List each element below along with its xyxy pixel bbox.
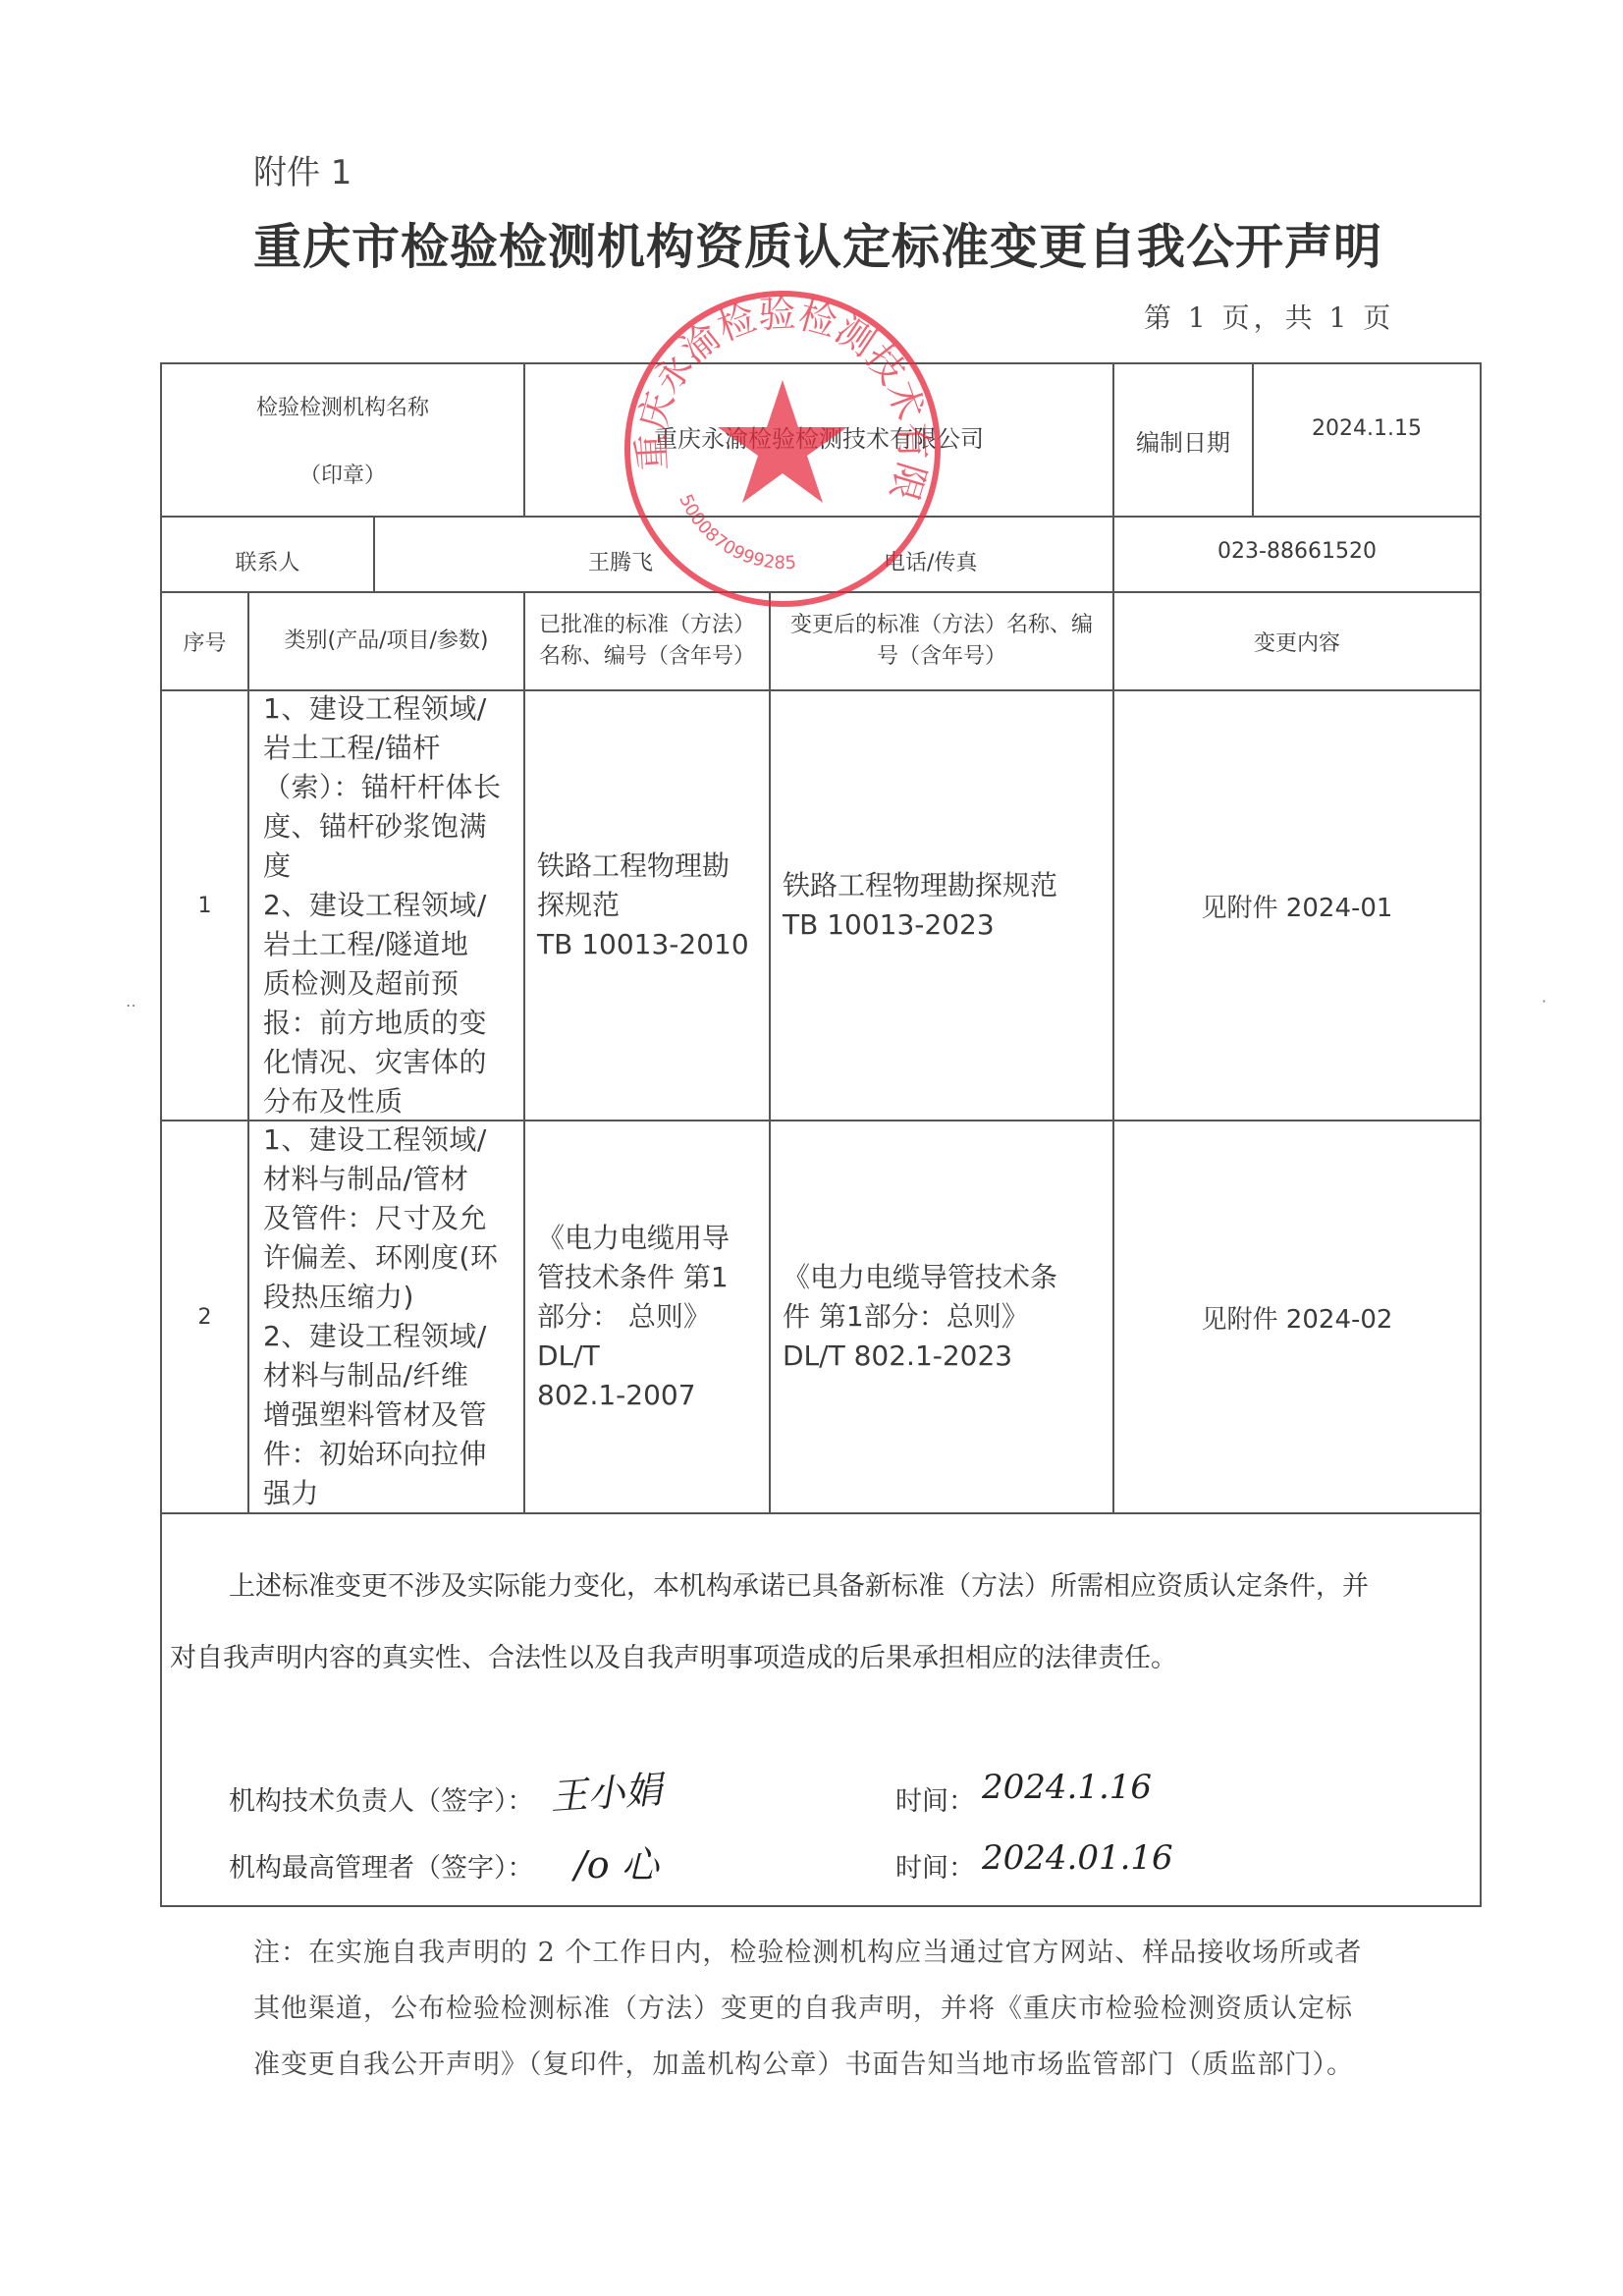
contact-value: 王腾飞 [588,546,653,576]
row-change-content: 见附件 2024-01 [1202,888,1393,924]
phone-value-cell: 023-88661520 [1114,518,1480,591]
top-manager-sign-label: 机构最高管理者（签字）： [229,1846,534,1885]
document-title: 重庆市检验检测机构资质认定标准变更自我公开声明 [253,209,1382,278]
date-value-cell: 2024.1.15 [1254,364,1480,516]
table-row-2-changed: 《电力电缆导管技术条 件 第1部分：总则》 DL/T 802.1-2023 [771,1121,1112,1512]
table-row-2-approved: 《电力电缆用导 管技术条件 第1 部分： 总则》 DL/T 802.1-2007 [525,1121,769,1512]
table-row-1-changed: 铁路工程物理勘探规范 TB 10013-2023 [771,691,1112,1120]
row-seq: 1 [198,894,212,918]
tech-lead-signature: 王小娟 [548,1759,664,1821]
contact-label: 联系人 [235,546,299,576]
tech-lead-time-label: 时间： [895,1779,975,1818]
declaration-text-2: 对自我声明内容的真实性、合法性以及自我声明事项造成的后果承担相应的法律责任。 [170,1643,1177,1673]
row-category: 1、建设工程领域/ 岩土工程/锚杆 （索）：锚杆杆体长 度、锚杆砂浆饱满 度 2… [263,689,502,1121]
date-value: 2024.1.15 [1312,416,1422,441]
top-manager-time-label: 时间： [895,1846,975,1885]
contact-label-cell: 联系人 [162,518,373,591]
phone-label-cell: 电话/传真 [884,518,1112,591]
scan-mark-left: ‥ [126,992,136,1011]
page-info: 第 1 页，共 1 页 [1144,297,1394,336]
phone-label: 电话/传真 [884,546,977,576]
table-row-1-category: 1、建设工程领域/ 岩土工程/锚杆 （索）：锚杆杆体长 度、锚杆砂浆饱满 度 2… [249,691,523,1120]
row-seq: 2 [198,1305,212,1330]
org-name-value-cell: 重庆永渝检验检测技术有限公司 [525,364,1112,516]
date-label: 编制日期 [1136,423,1230,458]
table-row-1-seq: 1 [162,691,247,1120]
table-row-2-content: 见附件 2024-02 [1114,1121,1480,1512]
attachment-label: 附件 1 [253,145,352,193]
header-content: 变更内容 [1114,593,1480,689]
table-row-1-content: 见附件 2024-01 [1114,691,1480,1120]
header-approved: 已批准的标准（方法）名称、编号（含年号） [525,593,769,689]
header-category: 类别(产品/项目/参数) [249,593,523,689]
footnote-line-1: 注：在实施自我声明的 2 个工作日内，检验检测机构应当通过官方网站、样品接收场所… [253,1925,1412,1981]
footnote-line-2: 其他渠道，公布检验检测标准（方法）变更的自我声明，并将《重庆市检验检测资质认定标 [253,1981,1412,2037]
header-changed: 变更后的标准（方法）名称、编号（含年号） [771,593,1112,689]
declaration-text-1: 上述标准变更不涉及实际能力变化，本机构承诺已具备新标准（方法）所需相应资质认定条… [229,1571,1369,1602]
row-approved-standard: 《电力电缆用导 管技术条件 第1 部分： 总则》 DL/T 802.1-2007 [537,1219,730,1415]
tech-lead-time-value: 2024.1.16 [982,1768,1152,1807]
header-changed-label: 变更后的标准（方法）名称、编号（含年号） [790,610,1093,673]
table-border-bottom [160,1905,1482,1907]
header-content-label: 变更内容 [1254,627,1340,657]
row-category: 1、建设工程领域/ 材料与制品/管材 及管件：尺寸及允 许偏差、环刚度(环 段热… [263,1121,498,1513]
org-name-label: 检验检测机构名称 [256,391,429,421]
header-category-label: 类别(产品/项目/参数) [285,626,489,657]
org-name-value: 重庆永渝检验检测技术有限公司 [654,419,984,454]
seal-label: （印章） [299,459,386,489]
row-change-content: 见附件 2024-02 [1202,1299,1393,1336]
header-seq-label: 序号 [183,627,226,657]
date-label-cell: 编制日期 [1114,364,1252,516]
contact-value-cell: 王腾飞 [375,518,866,591]
table-border-right [1480,362,1482,1907]
footnote: 注：在实施自我声明的 2 个工作日内，检验检测机构应当通过官方网站、样品接收场所… [253,1925,1412,2093]
org-name-label-cell: 检验检测机构名称 （印章） [162,364,523,516]
scan-mark-right: · [1542,992,1546,1011]
phone-value: 023-88661520 [1217,539,1377,564]
table-row-1-approved: 铁路工程物理勘 探规范 TB 10013-2010 [525,691,769,1120]
declaration-line-2: 对自我声明内容的真实性、合法性以及自我声明事项造成的后果承担相应的法律责任。 [160,1636,1480,1674]
row-changed-standard: 铁路工程物理勘探规范 TB 10013-2023 [783,866,1057,945]
declaration-line-1: 上述标准变更不涉及实际能力变化，本机构承诺已具备新标准（方法）所需相应资质认定条… [160,1564,1480,1603]
tech-lead-sign-label: 机构技术负责人（签字）： [229,1779,534,1818]
header-seq: 序号 [162,593,247,689]
top-manager-signature: /o 心 [574,1834,659,1888]
table-row-2-seq: 2 [162,1121,247,1512]
top-manager-time-value: 2024.01.16 [982,1838,1173,1878]
row-changed-standard: 《电力电缆导管技术条 件 第1部分：总则》 DL/T 802.1-2023 [783,1258,1057,1376]
table-row-2-category: 1、建设工程领域/ 材料与制品/管材 及管件：尺寸及允 许偏差、环刚度(环 段热… [249,1121,523,1512]
row-approved-standard: 铁路工程物理勘 探规范 TB 10013-2010 [537,847,749,964]
footnote-line-3: 准变更自我公开声明》（复印件，加盖机构公章）书面告知当地市场监管部门（质监部门）… [253,2037,1412,2093]
header-approved-label: 已批准的标准（方法）名称、编号（含年号） [537,610,757,673]
